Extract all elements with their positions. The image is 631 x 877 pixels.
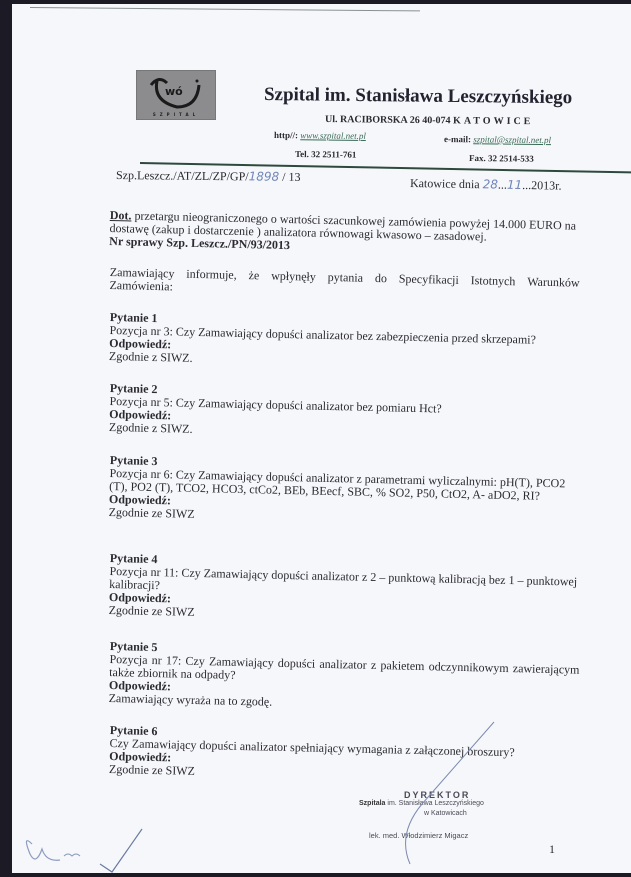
case-number: Nr sprawy Szp. Leszcz./PN/93/2013 [109, 234, 290, 252]
intro-word: informuje, [186, 268, 237, 282]
intro-word: Specyfikacji [399, 273, 459, 287]
hospital-address: Ul. RACIBORSKA 26 40-074 KATOWICE [325, 114, 533, 127]
intro-word: że [248, 269, 259, 282]
telephone: Tel. 32 2511-761 [295, 149, 357, 160]
website: http//: www.szpital.net.pl [274, 130, 366, 141]
date-prefix: Katowice dnia [410, 176, 483, 191]
intro-word: wpłynęły [271, 270, 316, 284]
signature-title: DYREKTOR [404, 790, 470, 800]
website-label: http//: [274, 130, 298, 140]
hospital-name: Szpital im. Stanisława Leszczyńskiego [264, 84, 572, 109]
scribble-icon [64, 854, 80, 856]
intro-block: Zamawiającyinformuje,żewpłynęłypytaniado… [109, 266, 579, 303]
address-street: Ul. RACIBORSKA 26 40-074 [325, 114, 451, 126]
hospital-logo: wó SZPITAL [136, 70, 216, 120]
signature-org-bold: Szpitala [359, 800, 385, 807]
website-link[interactable]: www.szpital.net.pl [300, 130, 366, 141]
question-block: Pytanie 3Pozycja nr 6: Czy Zamawiający d… [109, 454, 580, 530]
reference-suffix: / 13 [279, 170, 300, 184]
page-number: 1 [549, 842, 555, 857]
scan-edge-line [30, 7, 420, 11]
date-suffix: ...2013r. [522, 178, 562, 193]
question-block: Pytanie 2Pozycja nr 5: Czy Zamawiający d… [109, 382, 580, 445]
reference-number: Szp.Leszcz./AT/ZL/ZP/GP/1898 / 13 [116, 168, 301, 185]
email-link[interactable]: szpital@szpital.net.pl [473, 134, 551, 145]
fax: Fax. 32 2514-533 [469, 153, 534, 164]
intro-word: Istotnych [471, 274, 516, 288]
signature-name: lek. med. Włodzimierz Migacz [369, 831, 468, 840]
signature-org-rest: im. Stanisława Leszczyńskiego [385, 800, 483, 807]
question-block: Pytanie 1Pozycja nr 3: Czy Zamawiający d… [109, 311, 580, 374]
checkmark-icon [100, 829, 142, 872]
signature-city: w Katowicach [424, 810, 467, 817]
document-date: Katowice dnia 28...11...2013r. [410, 176, 562, 194]
signature-organization: Szpitala im. Stanisława Leszczyńskiego [359, 800, 484, 807]
reference-prefix: Szp.Leszcz./AT/ZL/ZP/GP/ [116, 168, 249, 183]
email-label: e-mail: [444, 134, 471, 144]
initials-icon [26, 841, 60, 861]
date-day: 28 [483, 177, 499, 191]
question-block: Pytanie 6Czy Zamawiający dopuści analiza… [109, 724, 580, 787]
intro-word: do [375, 272, 387, 285]
reference-handwritten: 1898 [249, 169, 280, 183]
question-block: Pytanie 5Pozycja nr 17: Czy Zamawiający … [109, 640, 580, 716]
svg-text:wó: wó [165, 85, 183, 98]
document-page: wó SZPITAL Szpital im. Stanisława Leszcz… [12, 4, 631, 873]
intro-word: pytania [328, 271, 364, 285]
address-city: KATOWICE [453, 115, 533, 127]
logo-subtext: SZPITAL [137, 112, 215, 117]
date-month: 11 [507, 178, 523, 192]
email: e-mail: szpital@szpital.net.pl [444, 134, 551, 145]
question-block: Pytanie 4Pozycja nr 11: Czy Zamawiający … [109, 552, 580, 628]
subject-block: Dot. przetargu nieograniczonego o wartoś… [109, 209, 580, 259]
intro-word: Warunków [527, 275, 580, 289]
